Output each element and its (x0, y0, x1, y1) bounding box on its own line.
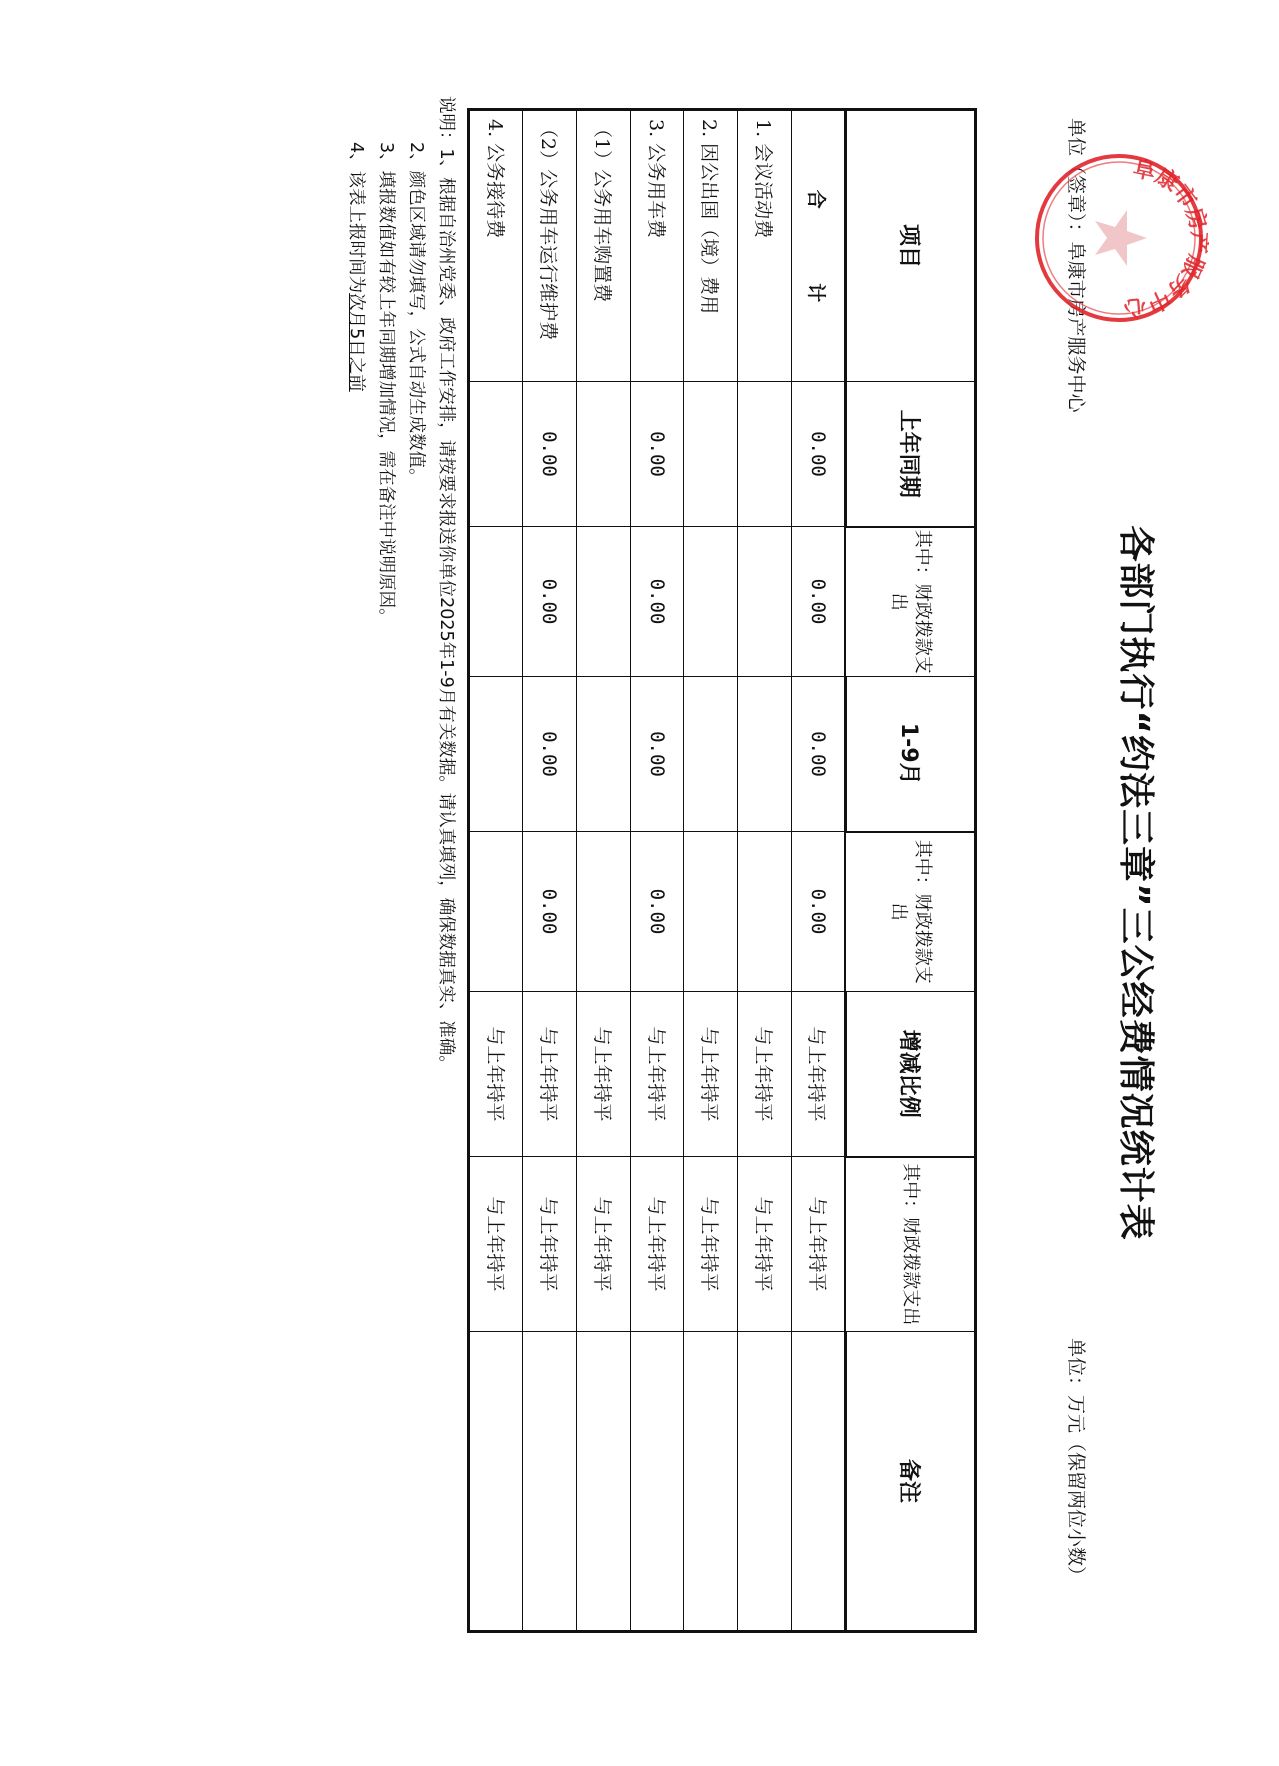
table-row: （2）公务用车运行维护费0.000.000.000.00与上年持平与上年持平 (523, 110, 577, 1632)
rotated-document-sheet: 各部门执行“约法三章”三公经费情况统计表 单位（签章）：阜康市房产服务中心 单位… (0, 0, 1279, 1766)
cell-prev-year-fiscal (738, 527, 792, 677)
cell-prev-year-fiscal: 0.00 (630, 527, 684, 677)
cell-change-ratio-fiscal: 与上年持平 (630, 1157, 684, 1332)
cell-prev-year-fiscal: 0.00 (792, 527, 846, 677)
cell-change-ratio: 与上年持平 (576, 992, 630, 1157)
cell-jan-sep-fiscal (576, 832, 630, 992)
cell-prev-year (469, 382, 523, 527)
cell-remarks (792, 1332, 846, 1632)
cell-prev-year-fiscal (684, 527, 738, 677)
cell-change-ratio-fiscal: 与上年持平 (523, 1157, 577, 1332)
cell-jan-sep (576, 677, 630, 832)
cell-jan-sep-fiscal: 0.00 (792, 832, 846, 992)
cell-item: 3. 公务用车费 (630, 110, 684, 382)
unit-measure-label: 单位：万元（保留两位小数） (1064, 1338, 1091, 1585)
cell-prev-year-fiscal: 0.00 (523, 527, 577, 677)
table-row: 4. 公务接待费与上年持平与上年持平 (469, 110, 523, 1632)
header-item: 项目 (846, 110, 976, 382)
header-remarks: 备注 (846, 1332, 976, 1632)
cell-remarks (469, 1332, 523, 1632)
table-row: 3. 公务用车费0.000.000.000.00与上年持平与上年持平 (630, 110, 684, 1632)
cell-item: （2）公务用车运行维护费 (523, 110, 577, 382)
cell-jan-sep: 0.00 (523, 677, 577, 832)
header-jan-sep: 1-9月 (846, 677, 976, 832)
table-row: （1）公务用车购置费与上年持平与上年持平 (576, 110, 630, 1632)
deadline-underlined: 次月5日之前 (346, 293, 366, 392)
note-item-3: 3、填报数值如有较上年同期增加情况，需在备注中说明原因。 (371, 96, 401, 1073)
cell-item: 合 计 (792, 110, 846, 382)
header-change-ratio-fiscal: 其中：财政拨款支出 (846, 1157, 976, 1332)
cell-remarks (523, 1332, 577, 1632)
cell-jan-sep-fiscal: 0.00 (630, 832, 684, 992)
note-item-1: 说明：1、根据自治州党委、政府工作安排，请按要求报送你单位2025年1-9月有关… (431, 96, 461, 1073)
notes-label: 说明： (436, 96, 456, 149)
official-seal-stamp-icon: 阜康市房产服务中心 (1029, 148, 1209, 328)
table-row: 1. 会议活动费与上年持平与上年持平 (738, 110, 792, 1632)
cell-remarks (576, 1332, 630, 1632)
cell-prev-year-fiscal (469, 527, 523, 677)
cell-item: 2. 因公出国（境）费用 (684, 110, 738, 382)
header-prev-year-fiscal: 其中：财政拨款支出 (846, 527, 976, 677)
table-row-total: 合 计0.000.000.000.00与上年持平与上年持平 (792, 110, 846, 1632)
cell-prev-year (684, 382, 738, 527)
expense-statistics-table: 项目 上年同期 其中：财政拨款支出 1-9月 其中：财政拨款支出 增减比例 其中… (467, 108, 977, 1633)
cell-jan-sep-fiscal: 0.00 (523, 832, 577, 992)
cell-item: （1）公务用车购置费 (576, 110, 630, 382)
cell-change-ratio: 与上年持平 (738, 992, 792, 1157)
cell-change-ratio-fiscal: 与上年持平 (738, 1157, 792, 1332)
cell-change-ratio: 与上年持平 (469, 992, 523, 1157)
cell-prev-year: 0.00 (523, 382, 577, 527)
cell-jan-sep: 0.00 (630, 677, 684, 832)
cell-item: 1. 会议活动费 (738, 110, 792, 382)
table-row: 2. 因公出国（境）费用与上年持平与上年持平 (684, 110, 738, 1632)
table-header-row: 项目 上年同期 其中：财政拨款支出 1-9月 其中：财政拨款支出 增减比例 其中… (846, 110, 976, 1632)
header-change-ratio: 增减比例 (846, 992, 976, 1157)
cell-item: 4. 公务接待费 (469, 110, 523, 382)
cell-change-ratio-fiscal: 与上年持平 (576, 1157, 630, 1332)
cell-remarks (630, 1332, 684, 1632)
cell-change-ratio-fiscal: 与上年持平 (684, 1157, 738, 1332)
cell-jan-sep: 0.00 (792, 677, 846, 832)
cell-jan-sep-fiscal (738, 832, 792, 992)
cell-remarks (738, 1332, 792, 1632)
cell-jan-sep (738, 677, 792, 832)
cell-change-ratio-fiscal: 与上年持平 (792, 1157, 846, 1332)
note-item-2: 2、颜色区域请勿填写，公式自动生成数值。 (401, 96, 431, 1073)
cell-prev-year-fiscal (576, 527, 630, 677)
cell-remarks (684, 1332, 738, 1632)
note-item-4: 4、该表上报时间为次月5日之前 (341, 96, 371, 1073)
header-prev-year: 上年同期 (846, 382, 976, 527)
cell-change-ratio: 与上年持平 (523, 992, 577, 1157)
cell-prev-year (738, 382, 792, 527)
notes-section: 说明：1、根据自治州党委、政府工作安排，请按要求报送你单位2025年1-9月有关… (341, 96, 461, 1073)
cell-jan-sep (684, 677, 738, 832)
cell-change-ratio-fiscal: 与上年持平 (469, 1157, 523, 1332)
cell-change-ratio: 与上年持平 (792, 992, 846, 1157)
cell-jan-sep (469, 677, 523, 832)
header-jan-sep-fiscal: 其中：财政拨款支出 (846, 832, 976, 992)
cell-prev-year: 0.00 (630, 382, 684, 527)
cell-prev-year (576, 382, 630, 527)
cell-prev-year: 0.00 (792, 382, 846, 527)
cell-jan-sep-fiscal (684, 832, 738, 992)
cell-jan-sep-fiscal (469, 832, 523, 992)
cell-change-ratio: 与上年持平 (630, 992, 684, 1157)
cell-change-ratio: 与上年持平 (684, 992, 738, 1157)
